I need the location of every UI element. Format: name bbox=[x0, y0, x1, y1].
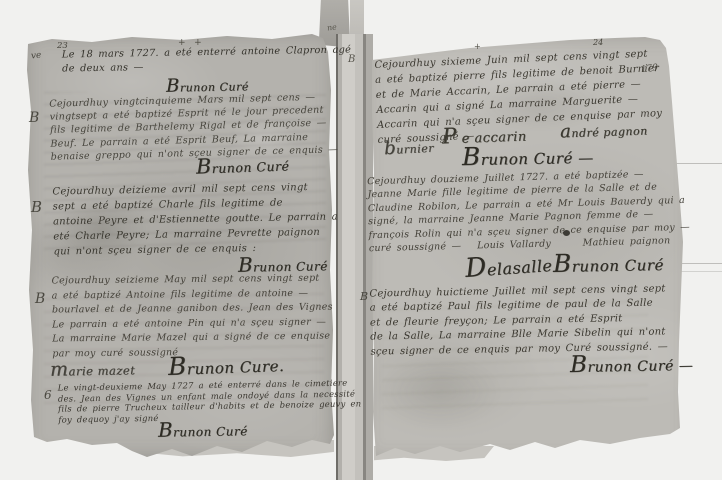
margin-mark: B bbox=[35, 291, 45, 307]
register-entry: Le 18 mars 1727. a eté enterré antoine C… bbox=[62, 43, 352, 76]
register-entry: Cejourdhuy vingtcinquieme Mars mil sept … bbox=[49, 90, 338, 164]
priest-signature: Brunon Curé — bbox=[462, 140, 594, 171]
priest-signature: Brunon Curé — bbox=[570, 350, 694, 378]
page-number-right: 24 bbox=[593, 38, 603, 47]
register-entry: Cejourdhuy huictieme Juillet mil sept ce… bbox=[369, 282, 668, 359]
register-entry: Cejourdhuy deizieme avril mil sept cens … bbox=[52, 180, 338, 260]
witness-signature: Delasalle bbox=[464, 247, 553, 284]
entry-line: La marraine Marie Mazel qui a signé de c… bbox=[52, 330, 333, 348]
priest-signature: Brunon Curé bbox=[158, 417, 248, 442]
witness-signature: andré pagnon bbox=[560, 118, 648, 142]
insertion-mark: + bbox=[474, 42, 481, 51]
priest-signature: Brunon Curé bbox=[196, 151, 290, 178]
margin-mark: ve bbox=[31, 50, 42, 61]
margin-mark: B bbox=[31, 198, 42, 216]
priest-signature: Brunon Curé bbox=[553, 247, 664, 278]
margin-mark: B bbox=[348, 54, 355, 65]
scanned-book-spread: ne 23 + + ve B B B 6 Le 18 mars 1727. a … bbox=[0, 0, 722, 480]
register-entry: Cejourdhuy seizieme May mil sept cens vi… bbox=[52, 272, 334, 362]
priest-signature: Brunon Cure. bbox=[168, 348, 285, 381]
witness-signature: marie mazet bbox=[50, 357, 136, 380]
margin-mark: B bbox=[360, 290, 368, 303]
ink-layer: 23 + + ve B B B 6 Le 18 mars 1727. a eté… bbox=[0, 0, 722, 480]
witness-signature: burnier bbox=[383, 136, 434, 160]
register-entry: Cejourdhuy douzieme Juillet 1727. a eté … bbox=[367, 167, 690, 256]
margin-mark: 6 bbox=[44, 388, 52, 402]
margin-mark: B bbox=[29, 110, 39, 126]
